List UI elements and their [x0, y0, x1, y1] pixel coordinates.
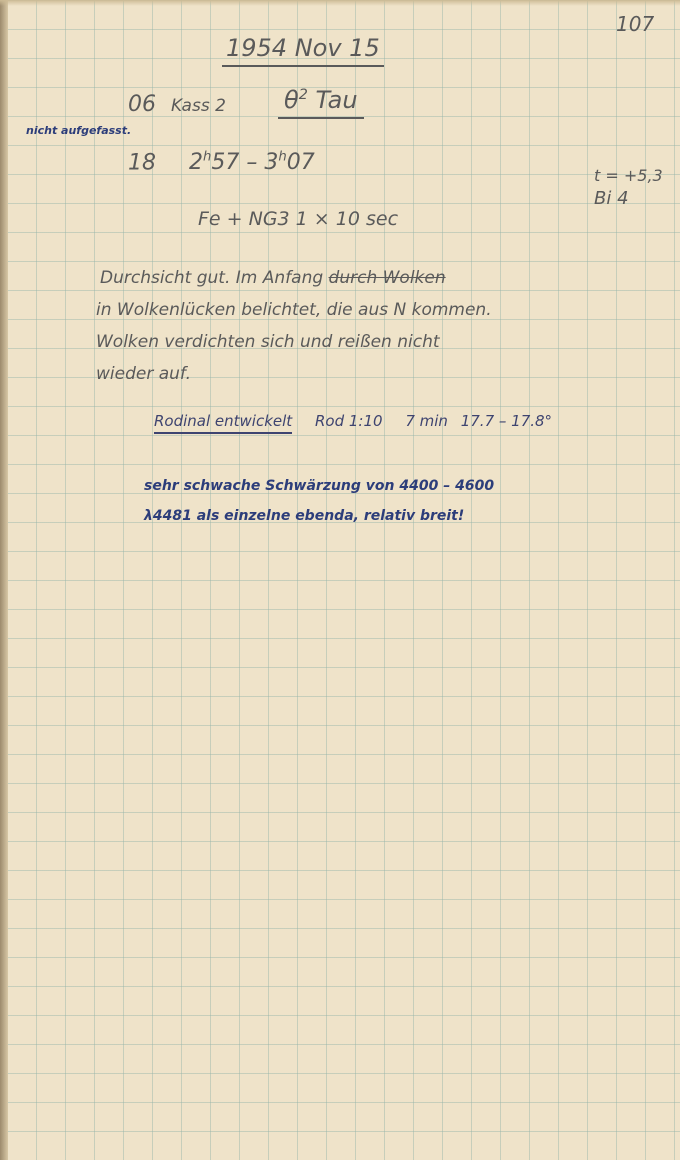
exposure-end: 3h07 [264, 150, 314, 175]
remarks-line-3: Wolken verdichten sich und reißen nicht [96, 332, 440, 352]
remarks-line-2: in Wolkenlücken belichtet, die aus N kom… [96, 300, 492, 320]
cassette: Kass 2 [171, 96, 226, 116]
ink-note-2: λ4481 als einzelne ebenda, relativ breit… [144, 508, 464, 524]
exposure-line: 18 2h57 – 3h07 [128, 150, 315, 175]
plate-line: 06 Kass 2 [128, 92, 226, 117]
remarks-line-1: Durchsicht gut. Im Anfang durch Wolken [100, 268, 446, 288]
object-constellation: Tau [315, 86, 357, 114]
object-letter: θ [284, 86, 299, 114]
development-line: Rodinal entwickelt Rod 1:10 7 min 17.7 –… [154, 412, 552, 430]
plate-number: 06 [128, 92, 156, 117]
temperature: t = +5,3 [594, 166, 663, 185]
exposure-start: 2h57 [189, 150, 239, 175]
page-number: 107 [616, 12, 654, 36]
notebook-spine [0, 0, 8, 1160]
ink-note-1: sehr schwache Schwärzung von 4400 – 4600 [144, 478, 494, 494]
exposure-index: 18 [128, 150, 156, 175]
development-label: Rodinal entwickelt [154, 412, 292, 434]
object-name: θ2 Tau [278, 86, 364, 119]
setup-line: Fe + NG3 1 × 10 sec [198, 208, 398, 230]
left-annotation: nicht aufgefasst. [26, 124, 131, 137]
struck-text: durch Wolken [329, 268, 446, 288]
seeing: Bi 4 [594, 188, 629, 209]
entry-date: 1954 Nov 15 [222, 34, 384, 67]
object-superscript: 2 [299, 87, 308, 103]
remarks-line-4: wieder auf. [96, 364, 191, 384]
page-top-shadow [0, 0, 680, 6]
